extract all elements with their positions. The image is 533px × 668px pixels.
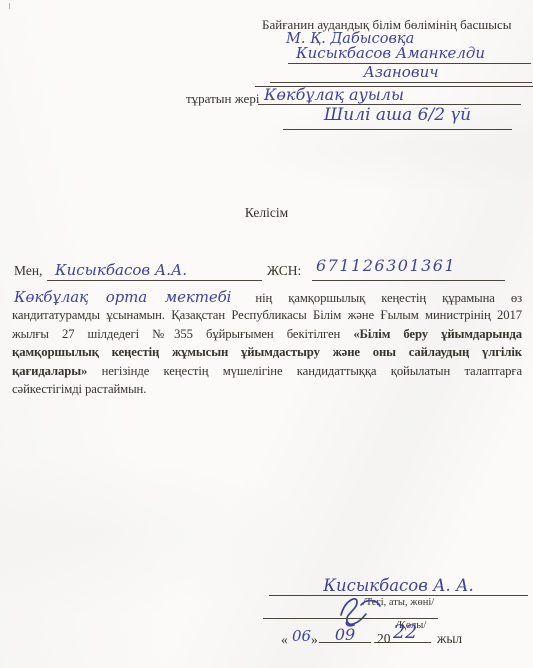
paragraph-line: Көкбұлақ орта мектебі нің қамқоршылық ке… [12,288,522,306]
residence-handwritten-1: Көкбұлақ ауылы [258,85,404,104]
applicant-name-handwritten: Кисыкбасов Аманкелди [288,44,485,62]
paragraph-line: кандитатурамды ұсынамын. Қазақстан Респу… [12,306,522,324]
scan-artifact [9,3,10,9]
paragraph-text-bold: қамқоршылық кеңестің жұмысын ұйымдастыру… [12,345,522,359]
statement-intro-label: Мен, [14,263,42,279]
paragraph-line: сәйкестігімді растаймын. [12,380,522,398]
iin-line: 671126301361 [312,256,505,281]
paragraph-line: қағидалары» негізінде кеңестің мүшелігін… [12,362,522,380]
signature-line [263,603,438,619]
paragraph-text: негізінде кеңестің мүшелігіне кандидатты… [87,364,522,378]
residence-line-1: Көкбұлақ ауылы [258,85,521,105]
paragraph-text-bold: қағидалары» [12,364,87,378]
statement-paragraph: Көкбұлақ орта мектебі нің қамқоршылық ке… [12,288,522,398]
scanned-consent-document: Байғанин аудандық білім бөлімінің басшыс… [0,0,533,668]
date-year-suffix: жыл [437,631,462,647]
signature-name-line: Кисыкбасов А. А. [269,576,528,596]
school-name-handwritten: Көкбұлақ орта мектебі [12,288,239,306]
document-title: Келісім [0,205,533,221]
signature-name-handwritten: Кисыкбасов А. А. [323,576,474,595]
statement-name-line: Кисыкбасов А.А. [47,261,262,281]
iin-label: ЖСН: [267,263,301,279]
date-day-handwritten: 06 [292,627,311,645]
paragraph-text: жылғы 27 шілдедегі №355 бұйрығымен бекіт… [12,327,353,341]
residence-handwritten-2: Шилі аша 6/2 үй [324,105,471,125]
paragraph-line: жылғы 27 шілдедегі №355 бұйрығымен бекіт… [12,325,522,343]
date-month-line: 09 [319,625,371,643]
paragraph-text: нің қамқоршылық кеңестің құрамына өз [239,291,522,305]
date-century-typed: 20 [377,631,391,647]
date-close-quote: » [311,632,318,648]
residence-line-2: Шилі аша 6/2 үй [283,105,512,130]
date-year-handwritten: 22 [393,621,417,643]
paragraph-text-bold: «Білім беру ұйымдарында [353,327,522,341]
paragraph-line: қамқоршылық кеңестің жұмысын ұйымдастыру… [12,343,522,361]
date-open-quote: « [281,632,288,648]
paragraph-text: сәйкестігімді растаймын. [12,382,146,396]
statement-name-handwritten: Кисыкбасов А.А. [47,261,187,279]
iin-handwritten: 671126301361 [312,256,456,275]
date-month-handwritten: 09 [335,625,355,644]
paragraph-text: кандитатурамды ұсынамын. Қазақстан Респу… [12,308,522,322]
applicant-name-line: Кисыкбасов Аманкелди [288,44,531,64]
residence-label: тұратын жері [186,91,259,107]
